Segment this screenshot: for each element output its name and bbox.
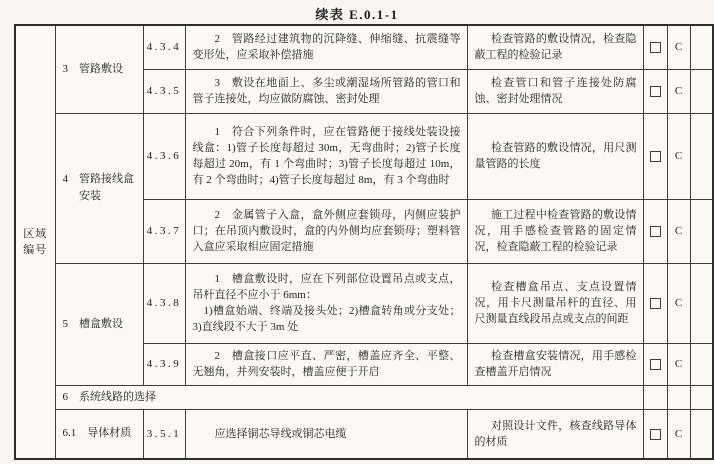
clause-code-cell: 4.3.6 bbox=[143, 113, 185, 199]
checkbox-icon bbox=[650, 226, 661, 237]
grade-cell: C bbox=[667, 263, 690, 343]
note-cell bbox=[690, 69, 713, 113]
item-label: 4 管路接线盒安装 bbox=[63, 171, 138, 205]
section-row-label: 6 系统线路的选择 bbox=[55, 385, 643, 409]
grade-cell: C bbox=[667, 199, 690, 263]
checkbox-icon bbox=[650, 359, 661, 370]
grade-cell: C bbox=[667, 69, 690, 113]
region-number-header: 区域编号 bbox=[15, 25, 55, 459]
checkbox-cell bbox=[643, 343, 667, 385]
requirement-text: 2 管路经过建筑物的沉降缝、伸缩缝、抗震缝等变形处，应采取补偿措施 bbox=[193, 31, 461, 63]
requirement-cell: 应选择铜芯导线或铜芯电缆 bbox=[185, 409, 467, 459]
grade-cell: C bbox=[667, 343, 690, 385]
checkbox-icon bbox=[650, 429, 661, 440]
requirement-text: 1)槽盒始端、终端及接头处；2)槽盒转角或分支处；3)直线段不大于 3m 处 bbox=[193, 303, 461, 335]
checkbox-cell bbox=[643, 113, 667, 199]
grade-cell: C bbox=[667, 113, 690, 199]
checkbox-cell bbox=[643, 199, 667, 263]
item-label: 5 槽盒敷设 bbox=[63, 316, 138, 333]
checkbox-cell bbox=[643, 409, 667, 459]
empty-cell bbox=[690, 385, 713, 409]
note-cell bbox=[690, 113, 713, 199]
note-cell bbox=[690, 409, 713, 459]
check-method-cell: 检查槽盒安装情况，用手感检查槽盖开启情况 bbox=[467, 343, 643, 385]
item-cell-6-1: 6.1 导体材质 bbox=[55, 409, 143, 459]
empty-cell bbox=[667, 385, 690, 409]
check-method-text: 检查槽盒吊点、支点设置情况，用卡尺测量吊杆的直径、用尺测量直线段吊点或支点的间距 bbox=[475, 279, 637, 327]
grade-cell: C bbox=[667, 409, 690, 459]
checkbox-icon bbox=[650, 42, 661, 53]
checkbox-icon bbox=[650, 151, 661, 162]
check-method-text: 检查管路的敷设情况，用尺测量管路的长度 bbox=[475, 140, 637, 172]
checkbox-cell bbox=[643, 69, 667, 113]
note-cell bbox=[690, 343, 713, 385]
note-cell bbox=[690, 199, 713, 263]
check-method-cell: 检查管口和管子连接处防腐蚀、密封处理情况 bbox=[467, 69, 643, 113]
requirement-text: 2 金属管子入盒，盒外侧应套锁母，内侧应装护口；在吊顶内敷设时，盒的内外侧均应套… bbox=[193, 207, 461, 255]
table-row: 4 管路接线盒安装 4.3.6 1 符合下列条件时，应在管路便于接线处装设接线盒… bbox=[15, 113, 713, 199]
table-row: 5 槽盒敷设 4.3.8 1 槽盒敷设时，应在下列部位设置吊点或支点，吊杆直径不… bbox=[15, 263, 713, 343]
check-method-text: 检查管口和管子连接处防腐蚀、密封处理情况 bbox=[475, 75, 637, 107]
check-method-cell: 检查槽盒吊点、支点设置情况，用卡尺测量吊杆的直径、用尺测量直线段吊点或支点的间距 bbox=[467, 263, 643, 343]
check-method-text: 检查管路的敷设情况，检查隐蔽工程的检验记录 bbox=[475, 31, 637, 63]
region-number-label: 区域编号 bbox=[23, 228, 47, 256]
clause-code-cell: 4.3.8 bbox=[143, 263, 185, 343]
requirement-text: 1 符合下列条件时，应在管路便于接线处装设接线盒：1)管子长度每超过 30m，无… bbox=[193, 124, 461, 188]
clause-code-cell: 3.5.1 bbox=[143, 409, 185, 459]
requirement-cell: 2 金属管子入盒，盒外侧应套锁母，内侧应装护口；在吊顶内敷设时，盒的内外侧均应套… bbox=[185, 199, 467, 263]
check-method-cell: 对照设计文件，核查线路导体的材质 bbox=[467, 409, 643, 459]
page-title: 续表 E.0.1-1 bbox=[0, 4, 714, 23]
clause-code-cell: 4.3.5 bbox=[143, 69, 185, 113]
note-cell bbox=[690, 263, 713, 343]
clause-code-cell: 4.3.7 bbox=[143, 199, 185, 263]
note-cell bbox=[690, 25, 713, 69]
table-row: 区域编号 3 管路敷设 4.3.4 2 管路经过建筑物的沉降缝、伸缩缝、抗震缝等… bbox=[15, 25, 713, 69]
check-method-cell: 检查管路的敷设情况，用尺测量管路的长度 bbox=[467, 113, 643, 199]
item-label: 6.1 导体材质 bbox=[63, 425, 138, 442]
requirement-text: 1 槽盒敷设时，应在下列部位设置吊点或支点，吊杆直径不应小于 6mm： bbox=[193, 271, 461, 303]
checkbox-cell bbox=[643, 263, 667, 343]
requirement-cell: 2 管路经过建筑物的沉降缝、伸缩缝、抗震缝等变形处，应采取补偿措施 bbox=[185, 25, 467, 69]
item-cell-5: 5 槽盒敷设 bbox=[55, 263, 143, 385]
requirement-cell: 3 敷设在地面上、多尘或潮湿场所管路的管口和管子连接处，均应做防腐蚀、密封处理 bbox=[185, 69, 467, 113]
checkbox-cell bbox=[643, 25, 667, 69]
check-method-text: 施工过程中检查管路的敷设情况，用手感检查管路的固定情况，检查隐蔽工程的检验记录 bbox=[475, 207, 637, 255]
check-method-cell: 施工过程中检查管路的敷设情况，用手感检查管路的固定情况，检查隐蔽工程的检验记录 bbox=[467, 199, 643, 263]
empty-cell bbox=[643, 385, 667, 409]
check-method-text: 检查槽盒安装情况，用手感检查槽盖开启情况 bbox=[475, 348, 637, 380]
item-cell-4: 4 管路接线盒安装 bbox=[55, 113, 143, 263]
clause-code-cell: 4.3.9 bbox=[143, 343, 185, 385]
table-row: 6.1 导体材质 3.5.1 应选择铜芯导线或铜芯电缆 对照设计文件，核查线路导… bbox=[15, 409, 713, 459]
inspection-table: 区域编号 3 管路敷设 4.3.4 2 管路经过建筑物的沉降缝、伸缩缝、抗震缝等… bbox=[14, 24, 714, 460]
check-method-cell: 检查管路的敷设情况，检查隐蔽工程的检验记录 bbox=[467, 25, 643, 69]
table-row: 6 系统线路的选择 bbox=[15, 385, 713, 409]
clause-code-cell: 4.3.4 bbox=[143, 25, 185, 69]
requirement-text: 应选择铜芯导线或铜芯电缆 bbox=[193, 426, 461, 442]
requirement-text: 2 槽盒接口应平直、严密，槽盖应齐全、平整、无翘角，并列安装时，槽盖应便于开启 bbox=[193, 348, 461, 380]
checkbox-icon bbox=[650, 86, 661, 97]
check-method-text: 对照设计文件，核查线路导体的材质 bbox=[475, 418, 637, 450]
requirement-cell: 2 槽盒接口应平直、严密，槽盖应齐全、平整、无翘角，并列安装时，槽盖应便于开启 bbox=[185, 343, 467, 385]
checkbox-icon bbox=[650, 298, 661, 309]
requirement-cell: 1 槽盒敷设时，应在下列部位设置吊点或支点，吊杆直径不应小于 6mm： 1)槽盒… bbox=[185, 263, 467, 343]
item-cell-3: 3 管路敷设 bbox=[55, 25, 143, 113]
requirement-text: 3 敷设在地面上、多尘或潮湿场所管路的管口和管子连接处，均应做防腐蚀、密封处理 bbox=[193, 75, 461, 107]
requirement-cell: 1 符合下列条件时，应在管路便于接线处装设接线盒：1)管子长度每超过 30m，无… bbox=[185, 113, 467, 199]
item-label: 3 管路敷设 bbox=[63, 61, 138, 78]
grade-cell: C bbox=[667, 25, 690, 69]
